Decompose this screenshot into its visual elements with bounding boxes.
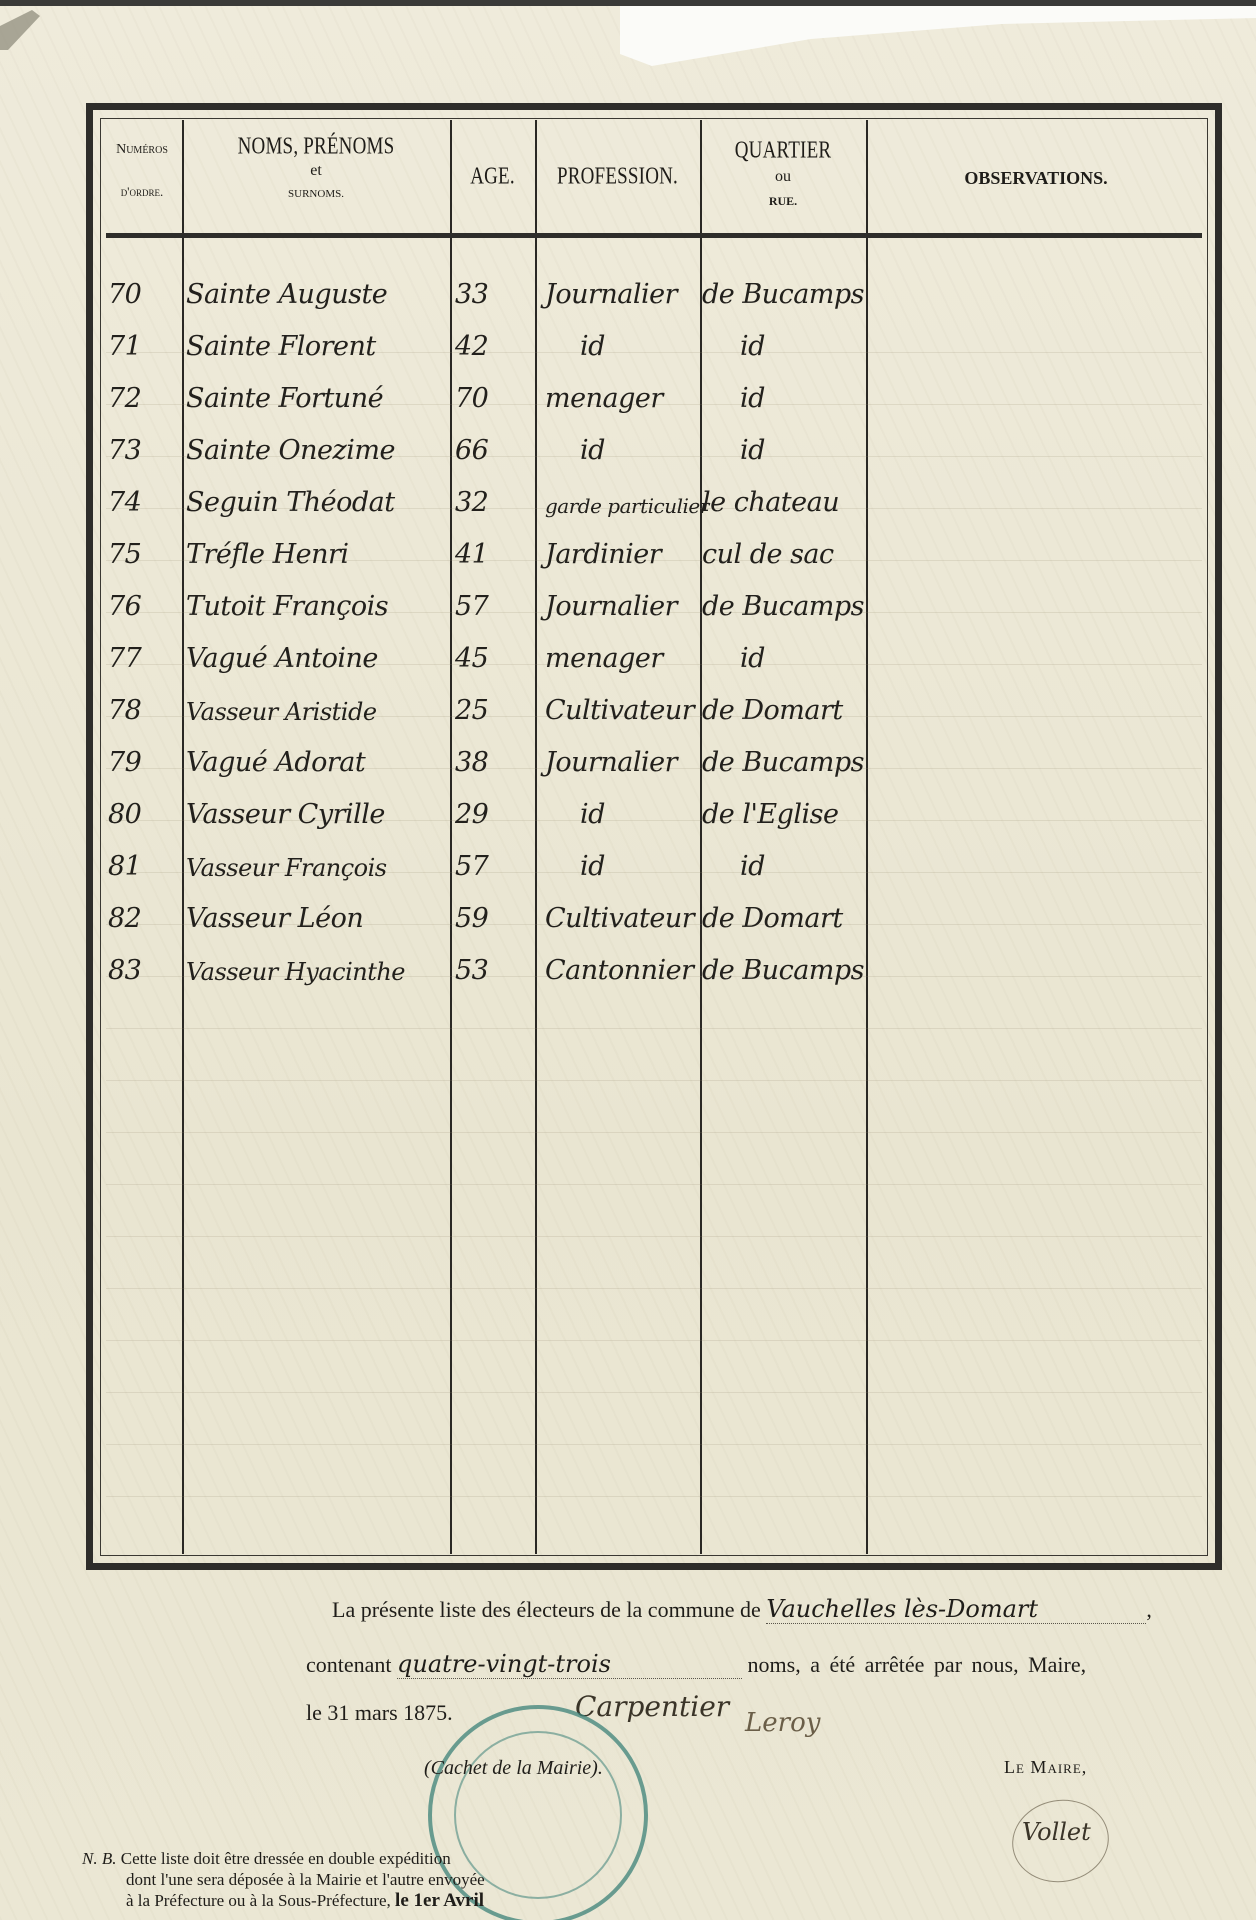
- row-profession: id: [580, 331, 605, 362]
- nota-bene: N. B. Cette liste doit être dressée en d…: [82, 1848, 485, 1911]
- scan-edge: [0, 0, 1256, 6]
- row-profession: menager: [545, 383, 663, 414]
- table-row: 71 Sainte Florent 42 id id: [100, 314, 1000, 366]
- ruled-line: [106, 1340, 1202, 1341]
- row-age: 59: [455, 903, 488, 934]
- ruled-line: [106, 1236, 1202, 1237]
- row-quartier: de Domart: [702, 695, 843, 726]
- ruled-line: [106, 1496, 1202, 1497]
- footer-date: le 31 mars 1875.: [306, 1700, 453, 1726]
- row-profession: Cantonnier: [545, 955, 694, 986]
- table-row: 79 Vagué Adorat 38 Journalier de Bucamps: [100, 730, 1000, 782]
- row-profession: Cultivateur: [545, 903, 694, 934]
- row-quartier: cul de sac: [702, 539, 834, 570]
- ruled-line: [106, 1132, 1202, 1133]
- ruled-line: [106, 1288, 1202, 1289]
- row-quartier: de l'Eglise: [702, 799, 839, 830]
- row-quartier: de Bucamps: [702, 955, 864, 986]
- table-row: 81 Vasseur François 57 id id: [100, 834, 1000, 886]
- table-row: 80 Vasseur Cyrille 29 id de l'Eglise: [100, 782, 1000, 834]
- row-age: 57: [455, 591, 488, 622]
- table-row: 75 Tréfle Henri 41 Jardinier cul de sac: [100, 522, 1000, 574]
- elector-count: quatre-vingt-trois: [397, 1650, 742, 1679]
- row-name: Sainte Auguste: [186, 279, 387, 310]
- row-number: 82: [108, 903, 141, 934]
- row-profession: id: [580, 851, 605, 882]
- row-profession: Cultivateur: [545, 695, 694, 726]
- row-name: Vagué Adorat: [186, 747, 365, 778]
- row-quartier: id: [740, 331, 765, 362]
- table-row: 74 Seguin Théodat 32 garde particulier l…: [100, 470, 1000, 522]
- footer-line-1: La présente liste des électeurs de la co…: [332, 1595, 1152, 1624]
- header-profession: PROFESSION.: [535, 166, 700, 188]
- row-age: 42: [455, 331, 488, 362]
- signature-leroy: Leroy: [745, 1708, 820, 1738]
- row-name: Sainte Fortuné: [186, 383, 383, 414]
- row-age: 33: [455, 279, 488, 310]
- footer-line-2: contenant quatre-vingt-trois noms, a été…: [306, 1650, 1086, 1679]
- row-quartier: id: [740, 851, 765, 882]
- row-age: 53: [455, 955, 488, 986]
- maire-signature: Vollet: [1022, 1818, 1091, 1846]
- row-age: 25: [455, 695, 488, 726]
- row-number: 72: [108, 383, 141, 414]
- header-quartier: QUARTIER ou RUE.: [700, 140, 866, 209]
- row-name: Seguin Théodat: [186, 487, 395, 518]
- row-quartier: de Domart: [702, 903, 843, 934]
- row-age: 57: [455, 851, 488, 882]
- header-age: AGE.: [450, 166, 535, 188]
- row-name: Vasseur François: [186, 854, 387, 882]
- row-profession: Journalier: [545, 591, 677, 622]
- row-profession: menager: [545, 643, 663, 674]
- header-rule: [106, 233, 1202, 238]
- row-profession: id: [580, 435, 605, 466]
- row-quartier: id: [740, 435, 765, 466]
- row-quartier: de Bucamps: [702, 591, 864, 622]
- row-quartier: le chateau: [702, 487, 839, 518]
- ruled-line: [106, 1184, 1202, 1185]
- ruled-line: [106, 1392, 1202, 1393]
- commune-name: Vauchelles lès-Domart: [766, 1595, 1146, 1624]
- row-number: 79: [108, 747, 141, 778]
- ruled-line: [106, 1028, 1202, 1029]
- row-number: 75: [108, 539, 141, 570]
- signature-carpentier: Carpentier: [575, 1690, 729, 1723]
- row-name: Sainte Florent: [186, 331, 376, 362]
- row-name: Vagué Antoine: [186, 643, 378, 674]
- row-name: Sainte Onezime: [186, 435, 395, 466]
- row-age: 45: [455, 643, 488, 674]
- row-age: 32: [455, 487, 488, 518]
- row-quartier: id: [740, 643, 765, 674]
- row-number: 80: [108, 799, 141, 830]
- table-row: 73 Sainte Onezime 66 id id: [100, 418, 1000, 470]
- cachet-label: (Cachet de la Mairie).: [424, 1757, 603, 1780]
- row-quartier: de Bucamps: [702, 747, 864, 778]
- row-profession: Journalier: [545, 279, 677, 310]
- row-number: 71: [108, 331, 141, 362]
- table-row: 78 Vasseur Aristide 25 Cultivateur de Do…: [100, 678, 1000, 730]
- row-age: 66: [455, 435, 488, 466]
- table-row: 82 Vasseur Léon 59 Cultivateur de Domart: [100, 886, 1000, 938]
- header-observations: OBSERVATIONS.: [866, 168, 1206, 189]
- row-age: 29: [455, 799, 488, 830]
- header-noms: NOMS, PRÉNOMS et SURNOMS.: [182, 136, 450, 200]
- row-number: 70: [108, 279, 141, 310]
- row-quartier: id: [740, 383, 765, 414]
- row-profession: Jardinier: [545, 539, 661, 570]
- row-quartier: de Bucamps: [702, 279, 864, 310]
- row-number: 74: [108, 487, 141, 518]
- row-name: Vasseur Aristide: [186, 698, 377, 726]
- row-profession: Journalier: [545, 747, 677, 778]
- row-number: 81: [108, 851, 141, 882]
- row-number: 78: [108, 695, 141, 726]
- row-name: Tréfle Henri: [186, 539, 349, 570]
- row-number: 76: [108, 591, 141, 622]
- table-row: 76 Tutoit François 57 Journalier de Buca…: [100, 574, 1000, 626]
- row-profession: garde particulier: [545, 494, 709, 518]
- ruled-line: [106, 1080, 1202, 1081]
- row-age: 38: [455, 747, 488, 778]
- le-maire-label: Le Maire,: [1004, 1757, 1087, 1778]
- row-number: 83: [108, 955, 141, 986]
- row-age: 41: [455, 539, 488, 570]
- row-number: 77: [108, 643, 141, 674]
- header-numeros: Numéros d'ordre.: [102, 142, 182, 200]
- table-row: 83 Vasseur Hyacinthe 53 Cantonnier de Bu…: [100, 938, 1000, 990]
- row-name: Tutoit François: [186, 591, 388, 622]
- row-age: 70: [455, 383, 488, 414]
- row-name: Vasseur Léon: [186, 903, 363, 934]
- table-row: 72 Sainte Fortuné 70 menager id: [100, 366, 1000, 418]
- row-name: Vasseur Cyrille: [186, 799, 385, 830]
- row-profession: id: [580, 799, 605, 830]
- row-name: Vasseur Hyacinthe: [186, 958, 405, 986]
- row-number: 73: [108, 435, 141, 466]
- ruled-line: [106, 1444, 1202, 1445]
- table-row: 70 Sainte Auguste 33 Journalier de Bucam…: [100, 262, 1000, 314]
- table-row: 77 Vagué Antoine 45 menager id: [100, 626, 1000, 678]
